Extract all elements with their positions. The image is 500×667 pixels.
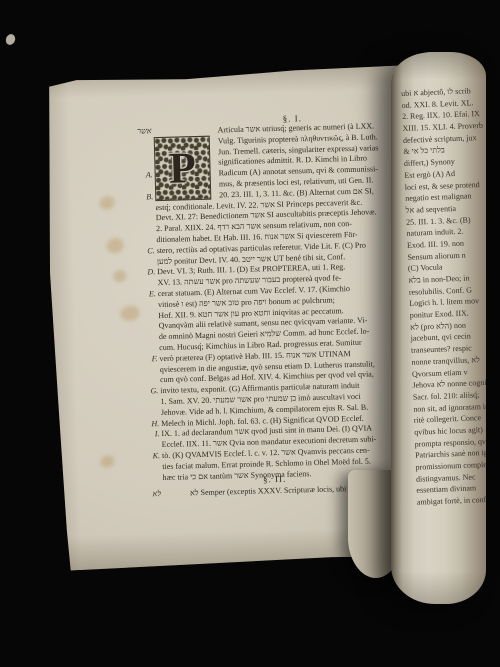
- margin-note: D.: [127, 267, 155, 277]
- margin-note: C.: [127, 246, 155, 256]
- margin-note: F.: [129, 354, 157, 364]
- curled-page-text-column: ubi א abjectô, לו scribod. XXI. 8. Levit…: [401, 83, 486, 508]
- body-text-block: Articula אשר utriusq́; generis ac numeri…: [153, 121, 414, 484]
- right-curled-page: ubi א abjectô, לו scribod. XXI. 8. Levit…: [391, 52, 486, 604]
- photo-of-open-antique-book: { "colors":{"background":"#060606","pape…: [0, 0, 500, 667]
- section-2-heading: §. II.: [245, 473, 305, 485]
- section-2-first-line: לא Semper (exceptis XXXV. Scripturæ loci…: [190, 484, 374, 498]
- margin-note: B.: [125, 192, 153, 202]
- margin-note: K.: [132, 451, 160, 461]
- margin-note: A.: [125, 170, 153, 180]
- margin-note: G.: [130, 386, 158, 396]
- margin-note: H.: [131, 419, 159, 429]
- margin-notes-column: אשרA.B.C.D.E.F.G.H.I.K.לא: [44, 71, 167, 571]
- paper-speck: [4, 33, 17, 47]
- margin-note: I.: [131, 429, 159, 439]
- margin-note: E.: [128, 289, 156, 299]
- margin-note: לא: [133, 489, 161, 499]
- margin-note: אשר: [123, 126, 151, 136]
